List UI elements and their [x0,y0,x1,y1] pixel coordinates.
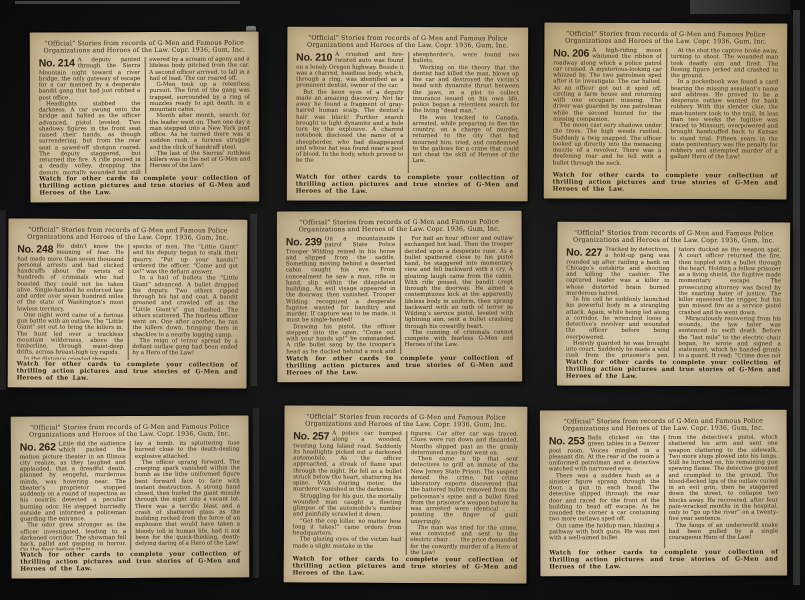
card-footer: Watch for other cards to complete your c… [566,360,781,381]
slab-edge [690,0,790,14]
story-paragraph: lay a bomb, its spluttering fuse burned … [135,441,240,460]
card-body: No. 253 Balls clicked on the green table… [549,435,778,549]
card-header-line2: Organizations and Heroes of the Law. Cop… [17,234,238,242]
card-body: No. 248 He didn’t know the meaning of fe… [17,244,239,361]
card-number: No. 253 [549,435,588,448]
story-paragraph: At the shot the captive broke away, turn… [671,48,779,80]
card-column-left: No. 253 Balls clicked on the green table… [549,435,664,548]
story-paragraph: figures. Car after car was traced. Clues… [411,431,519,457]
story-paragraph: The last of the Sierras’ ruthless killer… [150,150,251,169]
card-header: “Official” Stories from records of G-Men… [296,35,519,50]
card-body: No. 257 A police car bumped along a wood… [293,431,519,556]
story-paragraph: For half an hour officer and outlaw exch… [404,236,513,330]
story-paragraph: In a hail of bullets the “Little Giant” … [132,275,238,338]
card-number: No. 262 [20,442,59,455]
card-footer: Watch for other cards to complete your c… [293,557,518,579]
card-header-line2: Organizations and Heroes of the Law. Cop… [293,421,518,429]
story-paragraph: There was a sudden hush as a sinister fi… [549,473,660,523]
story-paragraph: Miraculously recovering from his wounds,… [678,316,781,359]
card-header-line2: Organizations and Heroes of the Law. Cop… [296,42,519,50]
card-header-line2: Organizations and Heroes of the Law. Cop… [39,47,250,55]
story-paragraph: G-Men took up a relentless pursuit. The … [149,82,250,114]
card-header: “Official” Stories from records of G-Men… [286,219,513,234]
card-footer: Watch for other cards to complete your c… [39,176,250,198]
card-header: “Official” Stories from records of G-Men… [566,230,781,245]
card-header-line2: Organizations and Heroes of the Law. Cop… [549,425,778,433]
card-column-right: sheepherder’s, were found two bullets. W… [407,52,519,173]
card-number: No. 206 [553,48,592,61]
card-header-line2: Organizations and Heroes of the Law. Cop… [566,237,781,245]
story-paragraph: The reign of terror spread by a defiant … [132,338,238,357]
card-column-left: No. 248 He didn’t know the meaning of fe… [17,244,128,361]
card-footer: Watch for other cards to complete your c… [20,552,240,574]
card-column-left: No. 257 A police car bumped along a wood… [293,431,406,556]
card-header-line2: Organizations and Heroes of the Law. Cop… [286,226,513,234]
story-paragraph: Struggling for his gun, the mortally wou… [293,493,402,519]
card-253: “Official” Stories from records of G-Men… [540,410,788,577]
card-header: “Official” Stories from records of G-Men… [17,226,238,241]
card-footer: Watch for other cards to complete your c… [553,173,778,195]
card-column-right: from the detective’s pistol, which shatt… [663,435,778,548]
card-column-right: lay a bomb, its spluttering fuse burned … [130,441,241,551]
card-210: “Official” Stories from records of G-Men… [287,27,529,202]
card-body: No. 210 A crushed and fire-twisted auto … [296,52,519,174]
card-footer: Watch for other cards to complete your c… [549,550,778,572]
story-paragraph: One night word came of a furious gun bat… [17,312,124,356]
card-column-right: figures. Car after car was traced. Clues… [405,431,518,556]
card-column-right: At the shot the captive broke away, turn… [665,48,778,172]
story-paragraph: The glazing eyes of the victim had made … [293,537,402,550]
card-column-left: No. 206 A high-riding moon whitened the … [553,48,666,172]
story-paragraph: Working on the theory that the dentist h… [412,65,519,115]
story-paragraph: from the detective’s pistol, which shatt… [668,435,778,523]
card-header: “Official” Stories from records of G-Men… [39,40,250,55]
story-paragraph: In a pocketbook was found a card bearing… [670,79,778,161]
card-footer: Watch for other cards to complete your c… [286,356,513,378]
card-header: “Official” Stories from records of G-Men… [553,31,778,46]
card-number: No. 210 [296,52,335,65]
slab-edge [250,214,257,386]
story-paragraph: Out came the holdup man, blazing a pathw… [549,523,660,542]
card-206: “Official” Stories from records of G-Men… [544,22,788,199]
card-262: “Official” Stories from records of G-Men… [11,415,250,578]
card-column-right: swered by a scream of agony and a lifele… [144,57,250,175]
story-paragraph: The cunning of criminals cannot compete … [405,330,514,349]
card-239: “Official” Stories from records of G-Men… [277,211,523,383]
story-paragraph: On a mountainside patrol State Police Tr… [286,236,396,324]
card-number: No. 248 [17,244,56,257]
card-column-left: No. 239 On a mountainside patrol State P… [286,236,400,354]
card-header-line2: Organizations and Heroes of the Law. Cop… [20,431,240,439]
story-paragraph: He was tracked to Canada, arrested, whil… [412,115,519,165]
card-number: No. 214 [39,57,78,70]
card-body: No. 214 A deputy panted through the Sier… [39,57,251,175]
card-body: No. 227 Tracked by detectives, a hold-up… [566,247,781,359]
card-body: No. 206 A high-riding moon whitened the … [553,48,779,172]
story-paragraph: The man was tried for the crime, was con… [410,525,518,556]
card-column-left: No. 227 Tracked by detectives, a hold-up… [566,247,674,358]
card-footer: Watch for other cards to complete your c… [296,175,519,196]
story-paragraph: The fangs of an underworld snake had bee… [669,522,779,541]
card-number: No. 239 [286,236,325,249]
card-number: No. 257 [293,431,332,444]
slab-edge [793,10,800,585]
card-body: No. 262 Little did the audience which pa… [20,441,241,551]
card-header: “Official” Stories from records of G-Men… [293,413,518,428]
card-column-left: No. 214 A deputy panted through the Sier… [39,57,145,175]
card-header-line2: Organizations and Heroes of the Law. Cop… [553,38,778,46]
card-column-right: For half an hour officer and outlaw exch… [399,236,513,354]
story-paragraph: Headlights stabbed the darkness. A car s… [39,101,141,175]
story-paragraph: Month after month, search for the leader… [149,113,250,151]
story-paragraph: tators ducked as the weapon spat. A cour… [678,247,781,316]
story-paragraph: In his cell he suddenly launched his pow… [566,297,670,341]
story-paragraph: The odor grew stronger as the officer in… [20,522,126,550]
story-paragraph: Heavily guarded he was brought into cour… [566,341,670,359]
photo-of-card-backs: “Official” Stories from records of G-Men… [0,0,805,600]
card-column-left: No. 262 Little did the audience which pa… [20,441,131,551]
slab-edge [253,408,259,578]
card-footer: Watch for other cards to complete your c… [17,362,238,384]
story-paragraph: Then came a tip that sent detectives to … [410,456,518,525]
card-227: “Official” Stories from records of G-Men… [557,222,791,387]
card-number: No. 227 [566,247,605,260]
card-column-left: No. 210 A crushed and fire-twisted auto … [296,52,408,173]
story-paragraph: sheepherder’s, were found two bullets. [413,52,520,65]
story-paragraph: specks of men. The “Little Giant” and hi… [133,244,239,276]
slab-edge [0,210,6,390]
story-paragraph: But the keen eyes of a deputy made an am… [296,89,404,164]
card-column-right: specks of men. The “Little Giant” and hi… [127,244,238,361]
story-paragraph: The officer sprang forward. The creeping… [135,459,240,547]
story-paragraph: “Get the cop killer, no matter how long … [293,518,402,537]
card-214: “Official” Stories from records of G-Men… [30,32,260,203]
card-column-right: tators ducked as the weapon spat. A cour… [673,247,781,358]
card-248: “Official” Stories from records of G-Men… [8,218,248,388]
card-body: No. 239 On a mountainside patrol State P… [286,236,513,355]
story-paragraph: Drawing his pistol, the officer stepped … [286,324,396,355]
card-header: “Official” Stories from records of G-Men… [549,418,778,433]
story-paragraph: The moon cast eery shadows under the tre… [553,123,662,167]
story-paragraph: swered by a scream of agony and a lifele… [149,57,250,82]
card-257: “Official” Stories from records of G-Men… [284,405,528,583]
card-header: “Official” Stories from records of G-Men… [20,423,240,438]
slab-edge [15,1,240,4]
